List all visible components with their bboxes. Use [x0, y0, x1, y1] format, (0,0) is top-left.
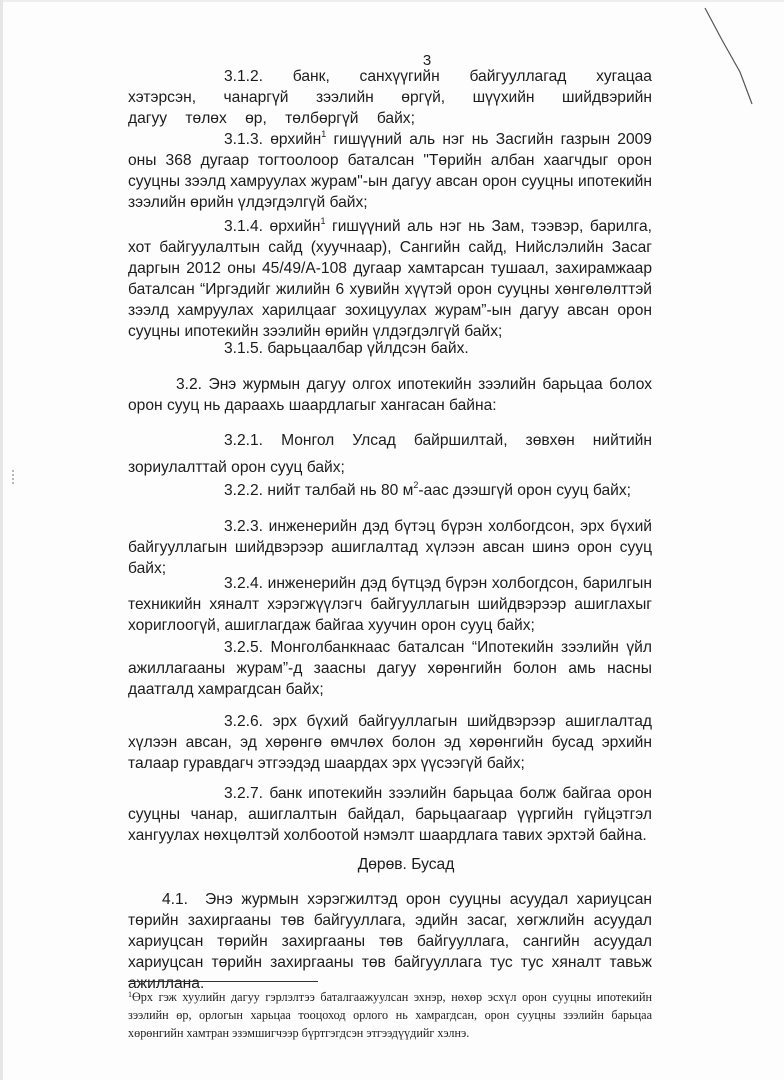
footnote-ref[interactable]: 1 [321, 129, 326, 139]
section-heading: Дөрөв. Бусад [128, 854, 652, 875]
margin-speck [12, 470, 14, 484]
paragraph-3-1-2: 3.1.2. банк, санхүүгийн байгууллагад хуг… [128, 66, 652, 129]
paragraph-3-2: 3.2. Энэ журмын дагуу олгох ипотекийн зэ… [128, 374, 652, 416]
clause-number: 3.1.4. [224, 218, 263, 235]
clause-text: банк ипотекийн зээлийн барьцаа болж байг… [128, 785, 652, 844]
clause-number: 3.1.5. [224, 340, 263, 357]
clause-text: эрх бүхий байгууллагын шийдвэрээр ашигла… [128, 713, 652, 772]
clause-number: 3.2.6. [224, 713, 263, 730]
paragraph-3-2-7: 3.2.7. банк ипотекийн зээлийн барьцаа бо… [128, 783, 652, 846]
paragraph-3-2-6: 3.2.6. эрх бүхий байгууллагын шийдвэрээр… [128, 711, 652, 774]
footnote-text: Өрх гэж хуулийн дагуу гэрлэлтээ баталгаа… [128, 990, 652, 1040]
footnote-ref[interactable]: 1 [321, 216, 326, 226]
clause-text: инженерийн дэд бүтэц бүрэн холбогдсон, э… [128, 518, 652, 577]
document-page: 3 3.1.2. банк, санхүүгийн байгууллагад х… [0, 0, 784, 1080]
clause-text: нийт талбай нь 80 м [267, 482, 413, 499]
paragraph-3-2-2: 3.2.2. нийт талбай нь 80 м2-аас дээшгүй … [128, 480, 652, 501]
clause-text: Энэ журмын дагуу олгох ипотекийн зээлийн… [128, 376, 652, 414]
clause-number: 3.2.2. [224, 482, 263, 499]
paragraph-3-2-4: 3.2.4. инженерийн дэд бүтцэд бүрэн холбо… [128, 573, 652, 636]
clause-text: Энэ журмын хэрэгжилтэд орон сууцны асууд… [128, 891, 652, 992]
clause-text: инженерийн дэд бүтцэд бүрэн холбогдсон, … [128, 575, 652, 634]
clause-number: 3.2.7. [224, 785, 263, 802]
footnote: 1Өрх гэж хуулийн дагуу гэрлэлтээ баталга… [128, 988, 652, 1042]
clause-number: 3.1.2. [224, 68, 263, 85]
clause-number: 3.2.3. [224, 518, 263, 535]
scan-left-edge [0, 0, 3, 1080]
clause-word: өрхийн [270, 218, 321, 235]
clause-number: 3.2.1. [224, 432, 263, 449]
paragraph-3-1-3: 3.1.3. өрхийн1 гишүүний аль нэг нь Засги… [128, 129, 652, 213]
paragraph-3-1-4: 3.1.4. өрхийн1 гишүүний аль нэг нь Зам, … [128, 216, 652, 342]
paragraph-4-1: 4.1. Энэ журмын хэрэгжилтэд орон сууцны … [128, 889, 652, 994]
clause-number: 3.1.3. [224, 131, 263, 148]
footnote-separator [128, 981, 318, 982]
paragraph-3-2-3: 3.2.3. инженерийн дэд бүтэц бүрэн холбог… [128, 516, 652, 579]
clause-text: барьцаалбар үйлдсэн байх. [267, 340, 468, 357]
paragraph-3-1-5: 3.1.5. барьцаалбар үйлдсэн байх. [128, 338, 652, 359]
clause-number: 3.2.5. [224, 639, 263, 656]
clause-text: Монгол Улсад байршилтай, зөвхөн нийтийн … [128, 432, 652, 476]
clause-number: 4.1. [162, 891, 188, 908]
scan-top-edge [0, 0, 784, 2]
paragraph-3-2-5: 3.2.5. Монголбанкнаас баталсан “Ипотекий… [128, 637, 652, 700]
clause-text: Монголбанкнаас баталсан “Ипотекийн зээли… [128, 639, 652, 698]
clause-text: гишүүний аль нэг нь Зам, тээвэр, барилга… [128, 218, 652, 340]
paragraph-3-2-1: 3.2.1. Монгол Улсад байршилтай, зөвхөн н… [128, 427, 652, 481]
clause-number: 3.2. [176, 376, 202, 393]
clause-number: 3.2.4. [224, 575, 263, 592]
clause-text-rest: -аас дээшгүй орон сууц байх; [418, 482, 631, 499]
clause-word: өрхийн [270, 131, 321, 148]
clause-text: гишүүний аль нэг нь Засгийн газрын 2009 … [128, 131, 652, 211]
clause-text: банк, санхүүгийн байгууллагад хугацаа хэ… [128, 68, 652, 127]
